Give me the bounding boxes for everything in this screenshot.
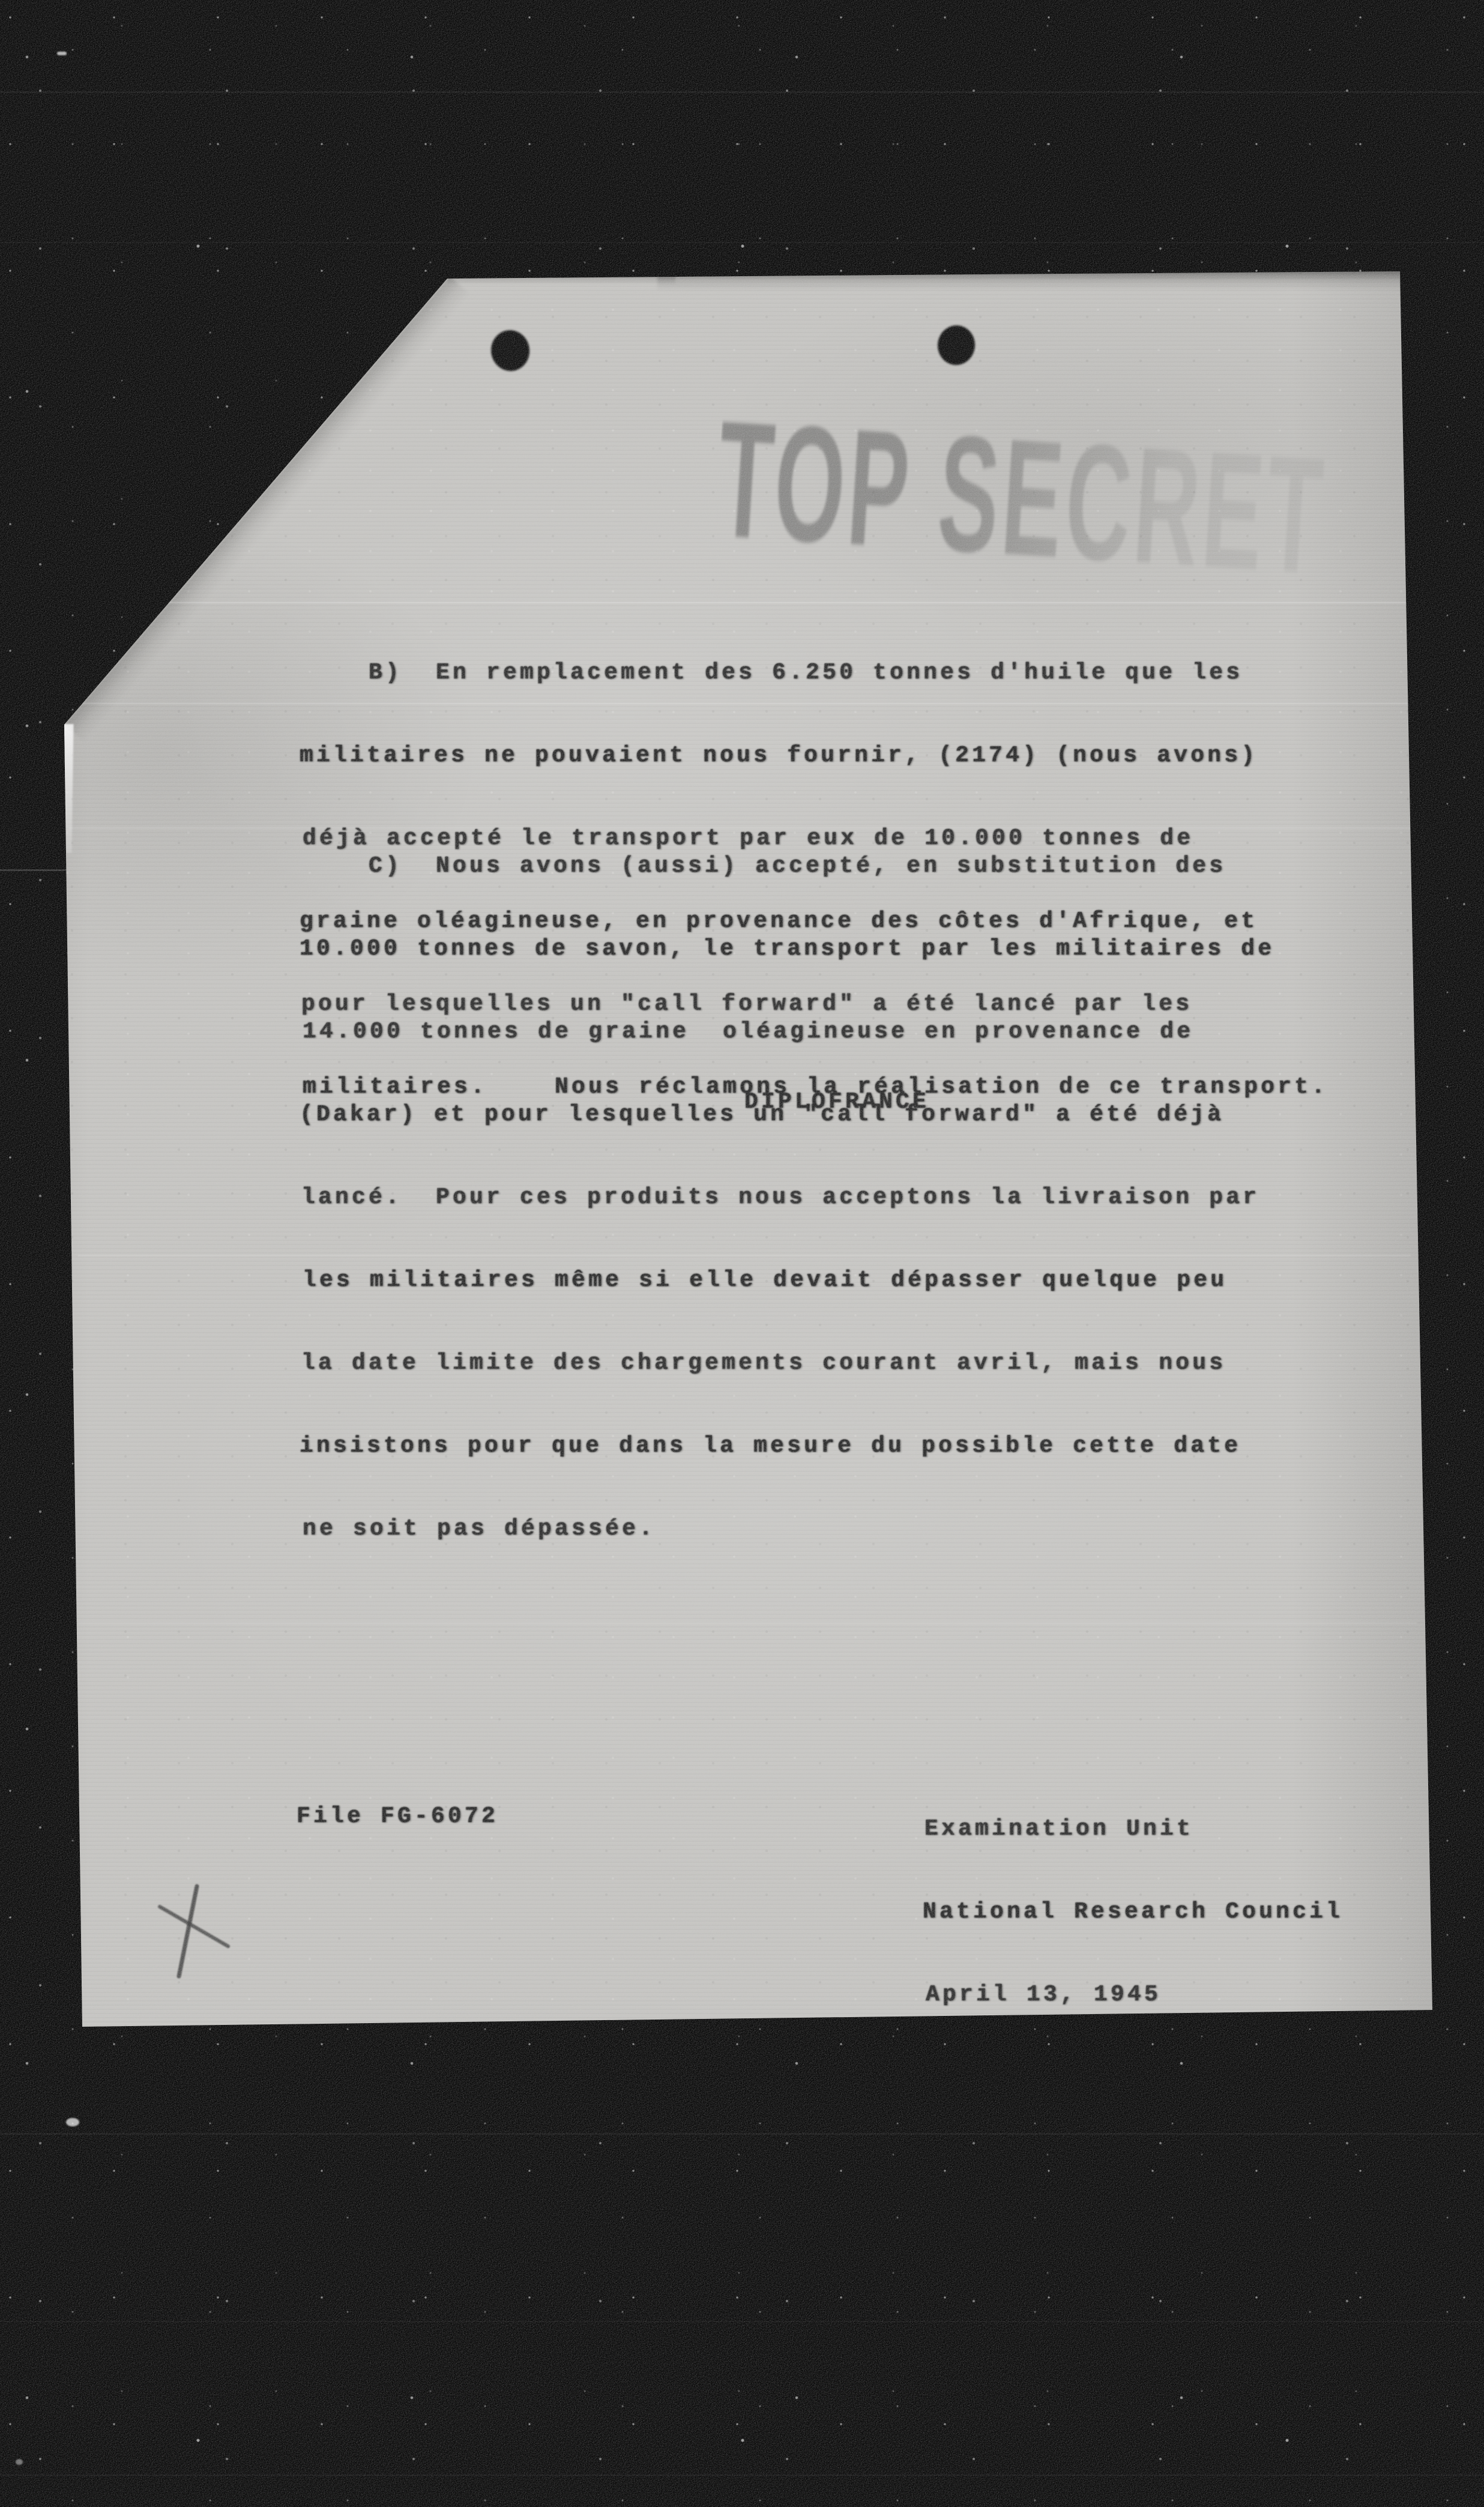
typed-line: ne soit pas dépassée. <box>303 1515 1274 1543</box>
paragraph-c: C) Nous avons (aussi) accepté, en substi… <box>301 797 1274 1598</box>
typed-line: B) En remplacement des 6.250 tonnes d'hu… <box>301 659 1328 687</box>
punch-hole <box>489 328 532 373</box>
typed-line: insistons pour que dans la mesure du pos… <box>300 1432 1274 1460</box>
typed-line: les militaires même si elle devait dépas… <box>303 1267 1274 1294</box>
paper-edge-highlight <box>61 724 73 853</box>
scan-streak <box>78 1622 1417 1624</box>
examination-unit-block: Examination Unit National Research Counc… <box>924 1760 1343 2064</box>
dust-speck <box>66 2118 79 2126</box>
dust-speck <box>57 52 67 55</box>
paper-top-edge-shadow <box>447 275 675 285</box>
dust-speck <box>16 2459 23 2465</box>
footer-unit: Examination Unit <box>924 1815 1343 1843</box>
signature-diplofrance: DIPLOFRANCE <box>744 1088 929 1116</box>
scan-seam-line <box>0 2475 1484 2476</box>
typed-line: 14.000 tonnes de graine oléagineuse en p… <box>303 1018 1274 1046</box>
footer-date: April 13, 1945 <box>926 1981 1343 2009</box>
document-paper: TOP SECRET B) En remplacement des 6.250 … <box>0 0 1484 2507</box>
scan-seam-line <box>0 2133 1484 2135</box>
typed-line: militaires ne pouvaient nous fournir, (2… <box>300 742 1328 770</box>
typed-line: lancé. Pour ces produits nous acceptons … <box>301 1184 1274 1211</box>
scan-seam-line <box>0 2321 1484 2322</box>
footer-organization: National Research Council <box>923 1898 1343 1926</box>
typed-line: C) Nous avons (aussi) accepté, en substi… <box>301 852 1274 880</box>
pencil-x-mark <box>150 1879 246 1987</box>
typed-line: la date limite des chargements courant a… <box>301 1350 1274 1377</box>
scan-seam-line <box>0 91 1484 93</box>
scan-streak <box>72 602 1417 603</box>
typed-line: 10.000 tonnes de savon, le transport par… <box>300 935 1274 963</box>
punch-hole <box>936 324 977 367</box>
file-reference: File FG-6072 <box>297 1803 498 1830</box>
top-secret-stamp: TOP SECRET <box>714 396 1484 610</box>
scan-seam-line <box>0 242 1484 243</box>
paper-top-edge-shadow <box>657 269 1402 291</box>
stamp-text: TOP SECRET <box>713 396 1330 599</box>
scanned-document-page: TOP SECRET B) En remplacement des 6.250 … <box>0 0 1484 2507</box>
